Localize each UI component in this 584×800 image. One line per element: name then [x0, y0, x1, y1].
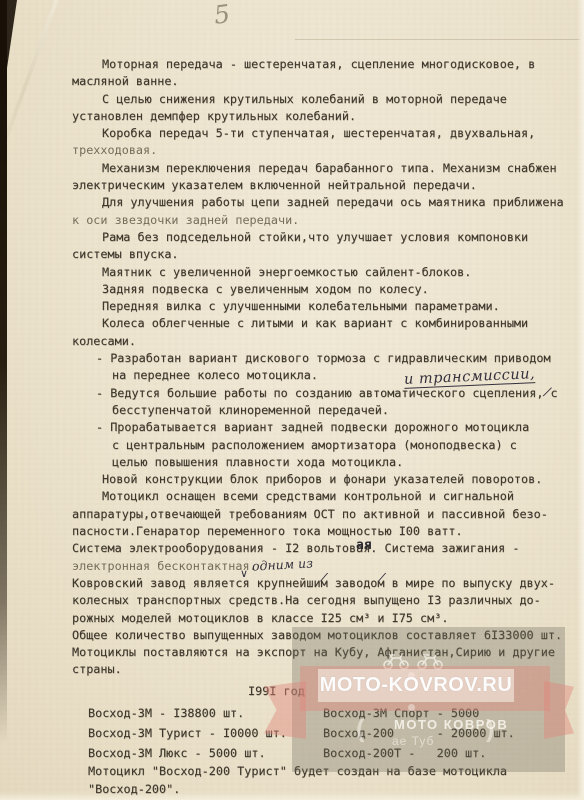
scan-edge-left	[0, 0, 7, 800]
text-line: Рама без подседельной стойки,что улучшае…	[72, 229, 582, 246]
text-line: трехходовая.	[72, 142, 582, 159]
text-line: колесных транспортных средств.На сегодня…	[72, 592, 582, 609]
production-item-right: Восход-200 - 20000 шт.	[323, 724, 515, 744]
production-item-left: Восход-3М Люкс - 5000 шт.	[88, 744, 323, 764]
production-item-right: Восход-3М Спорт - 5000	[323, 704, 479, 724]
text-line: Колеса облегченные с литыми и как вариан…	[72, 315, 582, 332]
text-line: рожных моделей мотоциклов в классе I25 с…	[72, 610, 582, 627]
scan-edge-line	[295, 39, 580, 40]
text-line: Мотоцикл оснащен всеми средствами контро…	[72, 488, 582, 505]
text-line: - Прорабатывается вариант задней подвеск…	[72, 419, 582, 436]
text-line: к оси звездочки задней передачи.	[72, 212, 582, 229]
text-line: - Ведутся большие работы по созданию авт…	[72, 385, 582, 402]
production-item-left: Восход-3М Турист - I0000 шт.	[88, 724, 323, 744]
text-line: Ковровский завод является крупнейшим зав…	[72, 575, 582, 592]
text-line: установлен демпфер крутильных колебаний.	[72, 108, 582, 125]
scan-corner-shadow	[0, 0, 17, 95]
text-line: Новой конструкции блок приборов и фонари…	[72, 471, 582, 488]
text-line: Восход-3М Турист - I0000 шт.Восход-200 -…	[72, 724, 582, 744]
text-body: Моторная передача - шестеренчатая, сцепл…	[72, 56, 582, 798]
text-line: Мотоцикл "Восход-200 Турист" будет созда…	[72, 763, 582, 780]
text-line: - Разработан вариант дискового тормоза с…	[72, 350, 582, 367]
text-line: Система электрооборудования - I2 вольтов…	[72, 540, 582, 557]
text-line: "Восход-200".	[72, 781, 582, 798]
handwritten-caret-icon: ∨	[240, 567, 248, 580]
text-line: колесами.	[72, 333, 582, 350]
handwritten-page-number: 5	[212, 0, 231, 30]
text-line: Коробка передач 5-ти ступенчатая, шестер…	[72, 125, 582, 142]
text-line: Передняя вилка с улучшенными колебательн…	[72, 298, 582, 315]
text-line: электрическим указателем включенной нейт…	[72, 177, 582, 194]
text-line: Восход-3М Люкс - 5000 шт.Восход-200Т - 2…	[72, 744, 582, 764]
text-line: Восход-3М - I38800 шт.Восход-3М Спорт - …	[72, 704, 582, 724]
text-line: системы впуска.	[72, 246, 582, 263]
text-line: масляной ванне.	[72, 73, 582, 90]
text-line: пасности.Генаратор переменного тока мощн…	[72, 523, 582, 540]
text-line: Задняя подвеска с увеличенным ходом по к…	[72, 281, 582, 298]
text-line: аппаратуры,отвечающей требованиям ОСТ по…	[72, 506, 582, 523]
production-item-left: Восход-3М - I38800 шт.	[88, 704, 323, 724]
text-line: I99I год	[72, 683, 582, 700]
text-line: Моторная передача - шестеренчатая, сцепл…	[72, 56, 582, 73]
text-line: Для улучшения работы цепи задней передач…	[72, 194, 582, 211]
production-item-right: Восход-200Т - 200 шт.	[323, 744, 486, 764]
text-line: С целью снижения крутильных колебаний в …	[72, 91, 582, 108]
text-line: Общее количество выпущенных заводом мото…	[72, 627, 582, 644]
text-line: Механизм переключения передач барабанног…	[72, 160, 582, 177]
text-line: Маятник с увеличенной энергоемкостью сай…	[72, 264, 582, 281]
text-line: бесступенчатой клиноременной передачей.	[72, 402, 582, 419]
handwritten-overwrite-letters: ая	[356, 538, 372, 553]
scanned-page: 5 Моторная передача - шестеренчатая, сце…	[0, 0, 584, 800]
text-line: целью повышения плавности хода мотоцикла…	[72, 454, 582, 471]
text-line: страны.	[72, 661, 582, 678]
handwritten-insert-one-of: одним из	[252, 555, 314, 573]
text-line: Мотоциклы поставляются на экспорт на Куб…	[72, 644, 582, 661]
text-line: с центральным расположением амортизатора…	[72, 437, 582, 454]
